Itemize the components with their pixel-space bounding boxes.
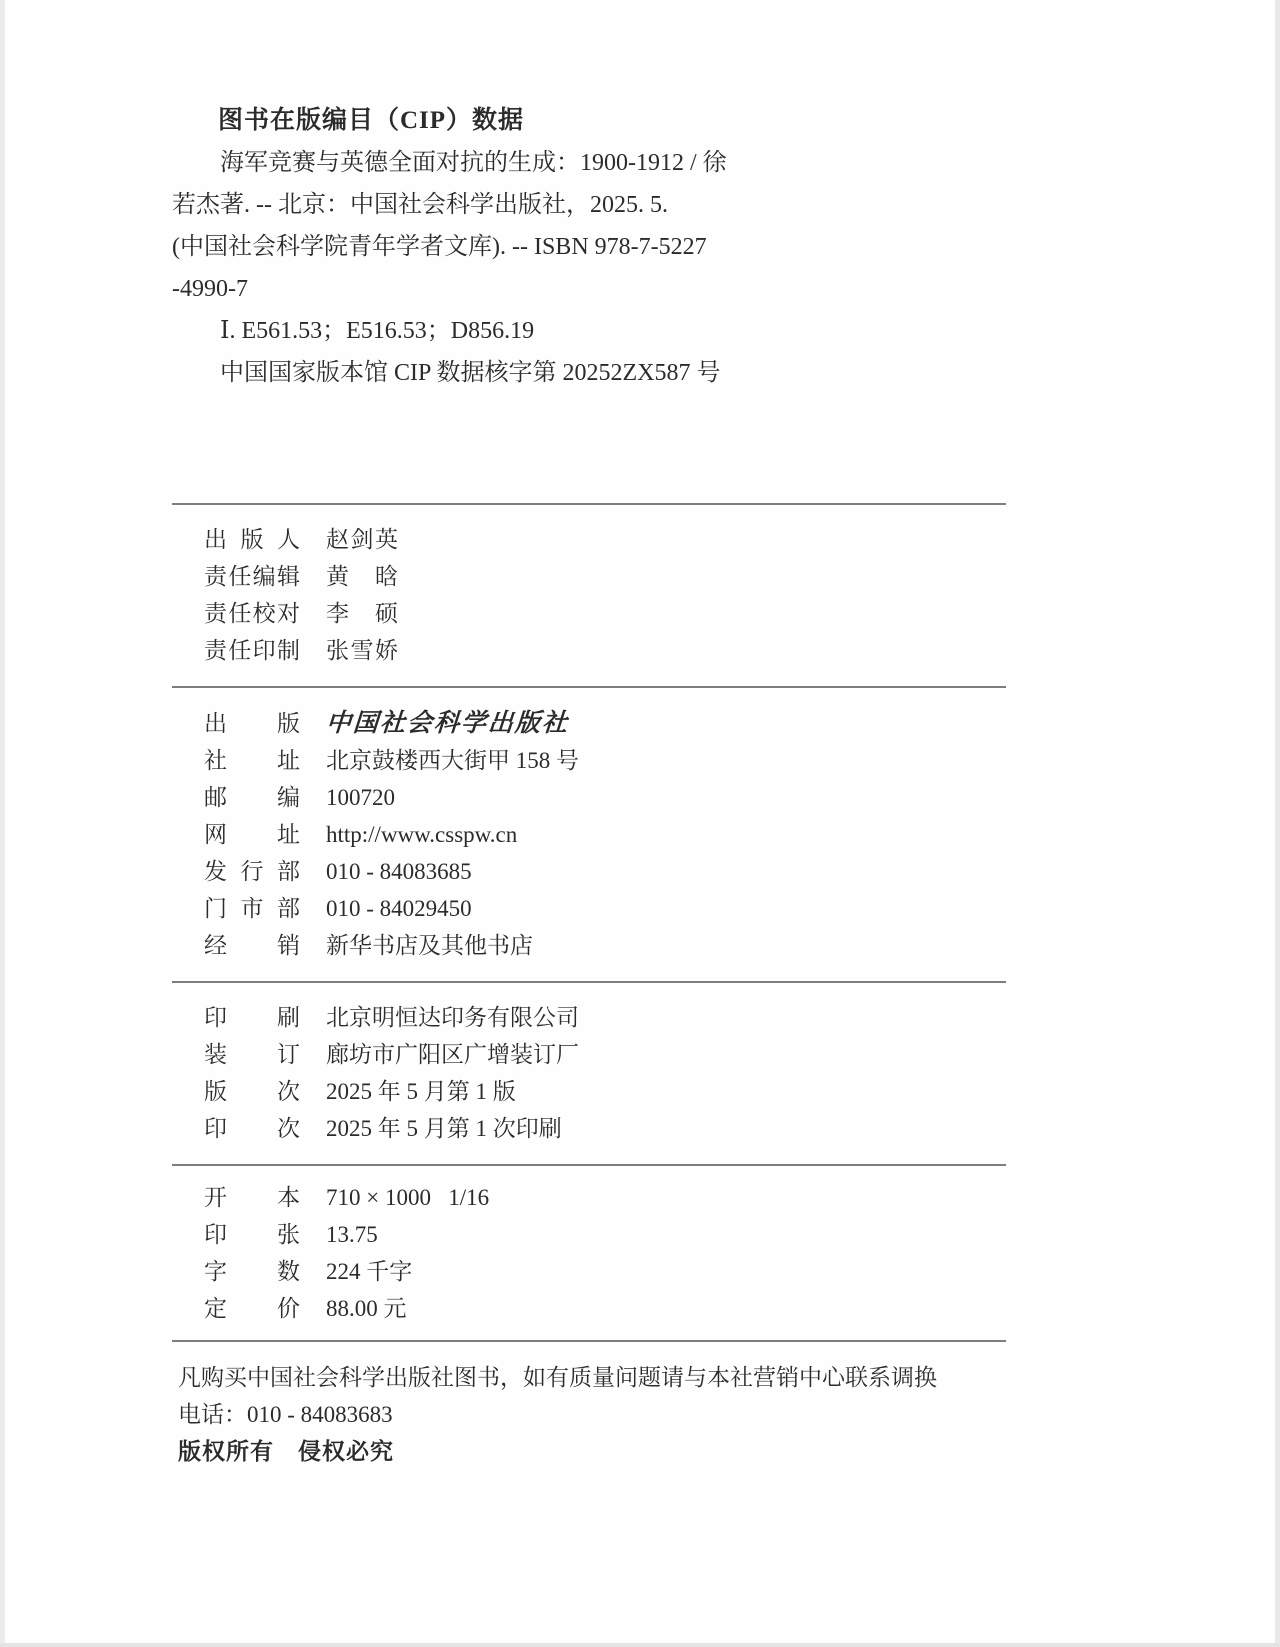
row-value: 2025 年 5 月第 1 次印刷: [326, 1116, 562, 1141]
row-label: 印次: [204, 1110, 300, 1147]
format-row-word-count: 字数224 千字: [204, 1253, 1006, 1290]
staff-row-editor: 责任编辑黄晗: [204, 558, 1006, 595]
copyright-page: 图书在版编目（CIP）数据 海军竞赛与英德全面对抗的生成：1900-1912 /…: [0, 0, 1280, 1647]
page-content: 图书在版编目（CIP）数据 海军竞赛与英德全面对抗的生成：1900-1912 /…: [172, 0, 1006, 1470]
row-value: 88.00 元: [326, 1296, 407, 1321]
format-row-sheet-size: 开本710 × 1000 1/16: [204, 1179, 1006, 1216]
service-phone: 电话：010 - 84083683: [178, 1396, 1006, 1433]
row-label: 定价: [204, 1290, 300, 1327]
row-label: 印刷: [204, 999, 300, 1036]
row-value: 赵剑英: [326, 521, 398, 558]
row-value: 廊坊市广阳区广增装订厂: [326, 1042, 579, 1067]
row-value: 224 千字: [326, 1259, 412, 1284]
cip-line-isbn: -4990-7: [172, 268, 1006, 310]
publisher-row-distribution-dept: 发行部010 - 84083685: [204, 853, 1006, 890]
quality-notice: 凡购买中国社会科学出版社图书，如有质量问题请与本社营销中心联系调换: [178, 1359, 1006, 1396]
staff-row-proofreader: 责任校对李硕: [204, 595, 1006, 632]
row-label: 责任校对: [204, 595, 300, 632]
row-label: 经销: [204, 927, 300, 964]
printing-row-binder: 装订廊坊市广阳区广增装订厂: [204, 1036, 1006, 1073]
page-edge-left: [0, 0, 5, 1647]
publisher-row-postcode: 邮编100720: [204, 779, 1006, 816]
publisher-row-website: 网址http://www.csspw.cn: [204, 816, 1006, 853]
row-value: 张雪娇: [326, 632, 398, 669]
cip-line-class: Ⅰ. E561.53；E516.53；D856.19: [172, 310, 1006, 352]
row-value: 710 × 1000 1/16: [326, 1185, 489, 1210]
format-row-price: 定价88.00 元: [204, 1290, 1006, 1327]
row-value: 13.75: [326, 1222, 378, 1247]
footer-section: 凡购买中国社会科学出版社图书，如有质量问题请与本社营销中心联系调换 电话：010…: [172, 1342, 1006, 1470]
row-value: 北京鼓楼西大街甲 158 号: [326, 748, 579, 773]
row-value: 010 - 84083685: [326, 859, 472, 884]
row-label: 字数: [204, 1253, 300, 1290]
page-edge-right: [1275, 0, 1280, 1647]
copyright-statement: 版权所有 侵权必究: [178, 1433, 1006, 1470]
cip-heading: 图书在版编目（CIP）数据: [172, 100, 1006, 142]
staff-section: 出版人赵剑英 责任编辑黄晗 责任校对李硕 责任印制张雪娇: [172, 505, 1006, 686]
page-edge-bottom: [0, 1643, 1280, 1647]
row-value: 新华书店及其他书店: [326, 933, 533, 958]
cip-line-title: 海军竞赛与英德全面对抗的生成：1900-1912 / 徐: [172, 142, 1006, 184]
cip-data-block: 图书在版编目（CIP）数据 海军竞赛与英德全面对抗的生成：1900-1912 /…: [172, 0, 1006, 394]
row-label: 出版人: [204, 521, 300, 558]
publisher-section: 出版中国社会科学出版社 社址北京鼓楼西大街甲 158 号 邮编100720 网址…: [172, 688, 1006, 981]
row-label: 责任编辑: [204, 558, 300, 595]
row-label: 装订: [204, 1036, 300, 1073]
row-value: 李硕: [326, 595, 398, 632]
format-section: 开本710 × 1000 1/16 印张13.75 字数224 千字 定价88.…: [172, 1166, 1006, 1340]
row-label: 出版: [204, 705, 300, 742]
publisher-row-retail-dept: 门市部010 - 84029450: [204, 890, 1006, 927]
row-label: 网址: [204, 816, 300, 853]
printing-row-printer: 印刷北京明恒达印务有限公司: [204, 999, 1006, 1036]
row-value: 010 - 84029450: [326, 896, 472, 921]
row-label: 邮编: [204, 779, 300, 816]
row-label: 开本: [204, 1179, 300, 1216]
row-label: 版次: [204, 1073, 300, 1110]
publisher-row-address: 社址北京鼓楼西大街甲 158 号: [204, 742, 1006, 779]
publisher-row-distributor: 经销新华书店及其他书店: [204, 927, 1006, 964]
website-url: http://www.csspw.cn: [326, 822, 517, 847]
staff-row-print-supervisor: 责任印制张雪娇: [204, 632, 1006, 669]
row-label: 社址: [204, 742, 300, 779]
row-label: 门市部: [204, 890, 300, 927]
printing-row-impression: 印次2025 年 5 月第 1 次印刷: [204, 1110, 1006, 1147]
row-label: 印张: [204, 1216, 300, 1253]
row-value: 黄晗: [326, 558, 398, 595]
publisher-row-press: 出版中国社会科学出版社: [204, 705, 1006, 742]
cip-line-series: (中国社会科学院青年学者文库). -- ISBN 978-7-5227: [172, 226, 1006, 268]
cip-line-author: 若杰著. -- 北京：中国社会科学出版社，2025. 5.: [172, 184, 1006, 226]
row-value: 2025 年 5 月第 1 版: [326, 1079, 516, 1104]
cip-line-registry: 中国国家版本馆 CIP 数据核字第 20252ZX587 号: [172, 352, 1006, 394]
row-value: 北京明恒达印务有限公司: [326, 1005, 579, 1030]
row-label: 责任印制: [204, 632, 300, 669]
format-row-printed-sheets: 印张13.75: [204, 1216, 1006, 1253]
printing-section: 印刷北京明恒达印务有限公司 装订廊坊市广阳区广增装订厂 版次2025 年 5 月…: [172, 983, 1006, 1164]
staff-row-publisher-person: 出版人赵剑英: [204, 521, 1006, 558]
row-value: 100720: [326, 785, 395, 810]
publisher-logo-text: 中国社会科学出版社: [325, 705, 571, 742]
row-label: 发行部: [204, 853, 300, 890]
printing-row-edition: 版次2025 年 5 月第 1 版: [204, 1073, 1006, 1110]
